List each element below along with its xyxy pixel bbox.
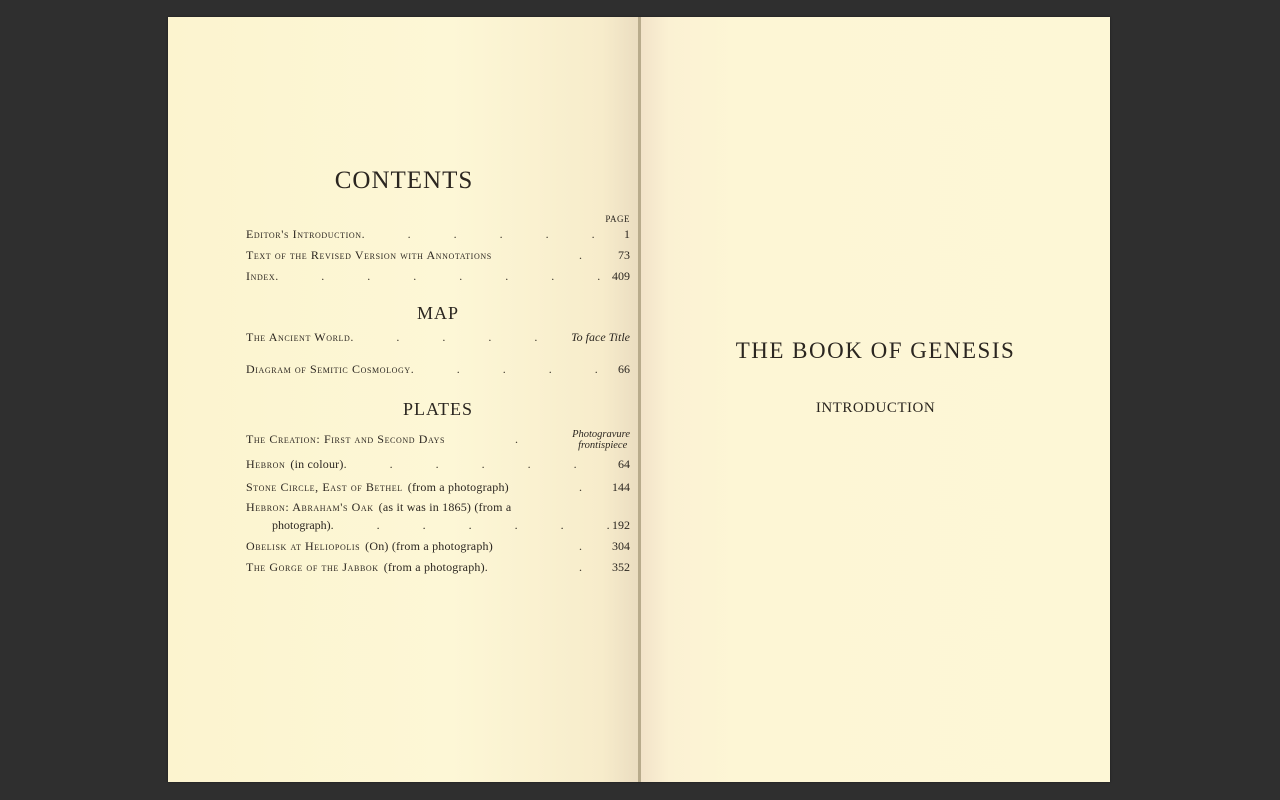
plate-entry-note: photograph)	[272, 518, 331, 533]
page-column-label: PAGE	[605, 214, 630, 224]
plate-entry-note: (in colour)	[290, 457, 343, 472]
toc-entry: Text of the Revised Version with Annotat…	[246, 248, 630, 263]
toc-entry: Index . . . . . . . . . . . . 409	[246, 269, 630, 284]
leader-dots: . . . . . .	[411, 362, 610, 377]
leader-dots: . . . . . . . . .	[331, 518, 610, 533]
book-spread: CONTENTS PAGE Editor's Introduction . . …	[168, 17, 1110, 782]
plate-entry-page: 304	[610, 539, 630, 554]
document-viewer: CONTENTS PAGE Editor's Introduction . . …	[0, 0, 1280, 800]
leader-dots: .	[509, 480, 610, 495]
plate-entry-page: 192	[610, 518, 630, 533]
leader-dots: .	[445, 432, 546, 447]
toc-entry-page: 409	[610, 269, 630, 284]
toc-entry: Editor's Introduction . . . . . . . . 1	[246, 227, 630, 242]
plate-entry-page: 64	[610, 457, 630, 472]
book-subtitle: INTRODUCTION	[641, 400, 1110, 417]
plate-entry: Hebron (in colour) . . . . . . . . 64	[246, 457, 630, 472]
plate-entry-label: The Gorge of the Jabbok	[246, 560, 379, 575]
plate-entry-continuation: photograph) . . . . . . . . . 192	[272, 518, 630, 533]
leader-dots: .	[493, 539, 610, 554]
plate-entry: Stone Circle, East of Bethel (from a pho…	[246, 480, 630, 495]
plate-ref-line1: Photogravure	[572, 429, 630, 440]
map-entry-page: To face Title	[571, 330, 630, 345]
leader-dots: . . . . . . . . . . . .	[275, 269, 610, 284]
book-title: THE BOOK OF GENESIS	[641, 338, 1110, 364]
contents-title: CONTENTS	[168, 167, 640, 195]
toc-entry-label: Index	[246, 269, 275, 284]
toc-entry-label: Editor's Introduction	[246, 227, 362, 242]
map-entry: Diagram of Semitic Cosmology . . . . . .…	[246, 362, 630, 377]
leader-dots: . . . . . . . .	[362, 227, 610, 242]
plate-entry-note: (from a photograph)	[408, 480, 509, 495]
left-page: CONTENTS PAGE Editor's Introduction . . …	[168, 17, 640, 782]
plate-entry: The Gorge of the Jabbok (from a photogra…	[246, 560, 630, 575]
map-entry-label: Diagram of Semitic Cosmology	[246, 362, 411, 377]
plate-entry-ref: Photogravure frontispiece	[572, 429, 630, 451]
plate-entry: The Creation: First and Second Days .	[246, 432, 546, 447]
plate-entry: Hebron: Abraham's Oak (as it was in 1865…	[246, 500, 630, 515]
plate-entry-note: (as it was in 1865) (from a	[379, 500, 512, 515]
leader-dots: .	[488, 560, 610, 575]
leader-dots: . . . . . .	[350, 330, 571, 345]
plates-heading: PLATES	[246, 399, 630, 420]
plate-entry: Obelisk at Heliopolis (On) (from a photo…	[246, 539, 630, 554]
plate-ref-line2: frontispiece	[572, 440, 630, 451]
plate-entry-note: (On) (from a photograph)	[365, 539, 493, 554]
toc-entry-page: 1	[610, 227, 630, 242]
leader-dots: . . . . . . . .	[344, 457, 610, 472]
plate-entry-label: Obelisk at Heliopolis	[246, 539, 360, 554]
plate-entry-page: 352	[610, 560, 630, 575]
toc-entry-page: 73	[610, 248, 630, 263]
plate-entry-label: Stone Circle, East of Bethel	[246, 480, 403, 495]
plate-entry-page: 144	[610, 480, 630, 495]
plate-entry-note: (from a photograph).	[384, 560, 488, 575]
right-page: THE BOOK OF GENESIS INTRODUCTION	[641, 17, 1110, 782]
map-heading: MAP	[246, 303, 630, 324]
toc-entry-label: Text of the Revised Version with Annotat…	[246, 248, 492, 263]
map-entry-page: 66	[610, 362, 630, 377]
map-entry: The Ancient World . . . . . . To face Ti…	[246, 330, 630, 345]
plate-entry-label: The Creation: First and Second Days	[246, 432, 445, 447]
leader-dots: .	[492, 248, 610, 263]
map-entry-label: The Ancient World	[246, 330, 350, 345]
plate-entry-label: Hebron	[246, 457, 285, 472]
plate-entry-label: Hebron: Abraham's Oak	[246, 500, 374, 515]
